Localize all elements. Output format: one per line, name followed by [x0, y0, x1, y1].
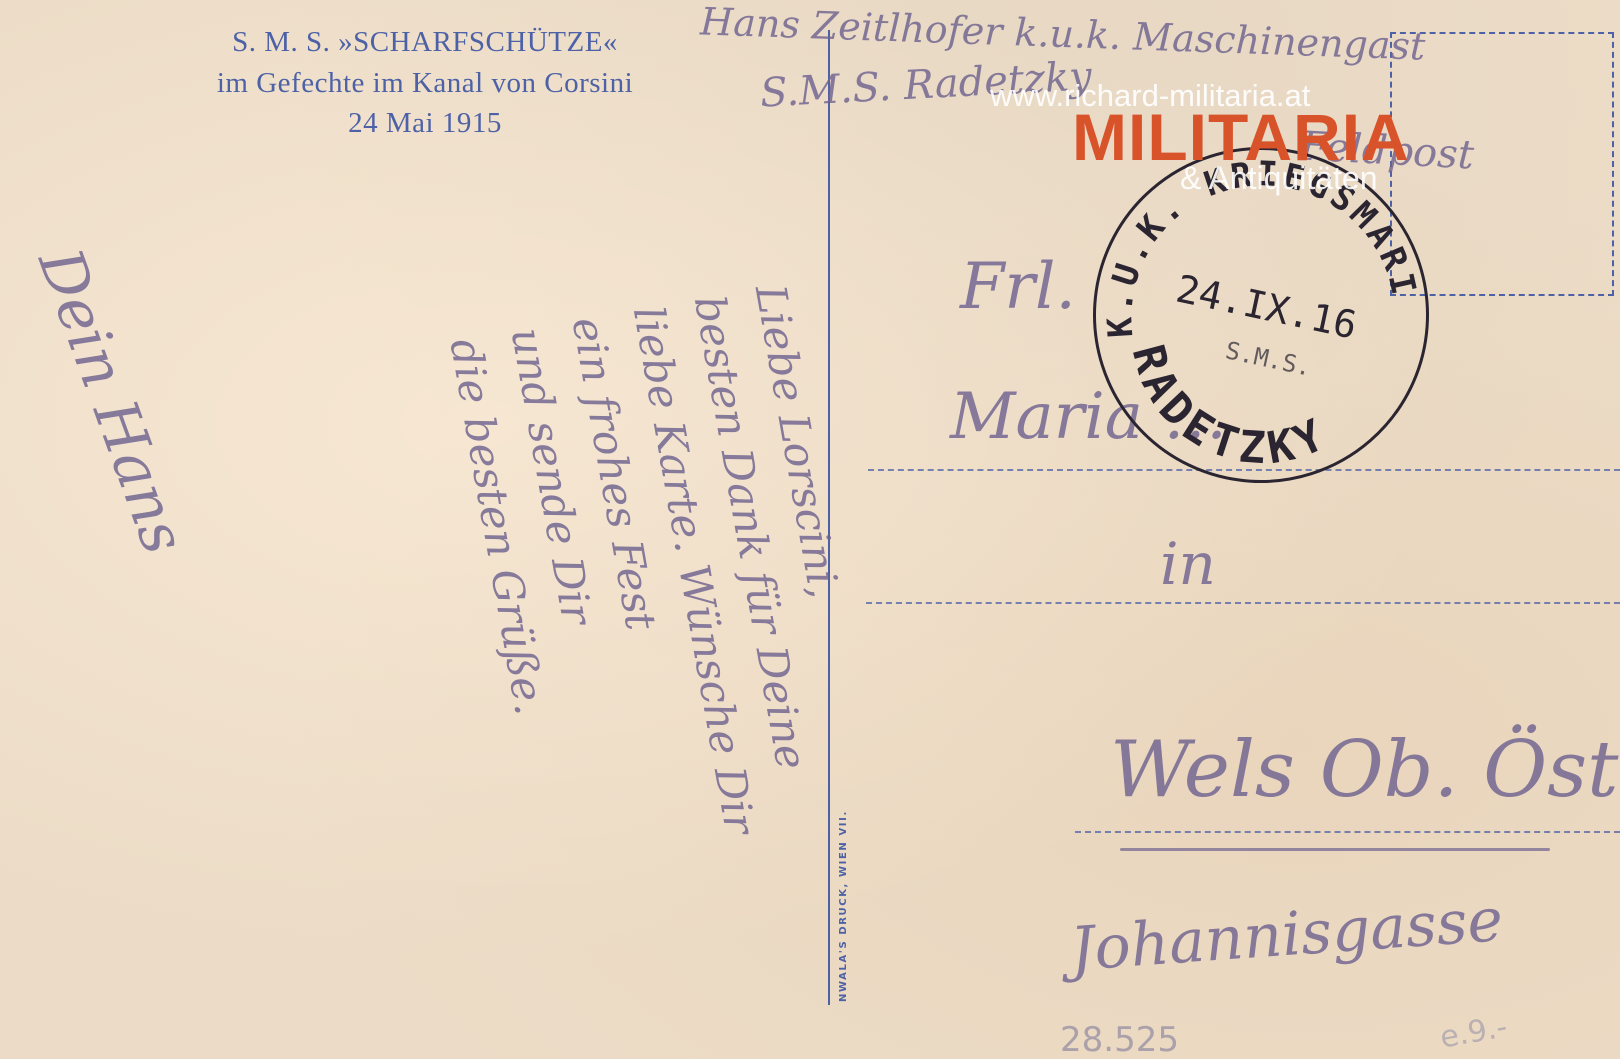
pencil-note-right: e.9.-	[1437, 1009, 1510, 1055]
address-preposition: in	[1160, 530, 1216, 598]
address-line-3	[1075, 831, 1620, 833]
address-city: Wels Ob. Öst.	[1110, 725, 1620, 815]
pencil-note-left: 28.525	[1060, 1020, 1179, 1059]
printed-caption: S. M. S. »SCHARFSCHÜTZE« im Gefechte im …	[120, 22, 730, 142]
caption-date: 24 Mai 1915	[120, 104, 730, 142]
address-street: Johannisgasse	[1068, 885, 1505, 985]
address-line-2	[866, 602, 1620, 604]
caption-ship-name: S. M. S. »SCHARFSCHÜTZE«	[120, 22, 730, 62]
city-underline	[1120, 848, 1550, 851]
watermark-subtitle: & Antiquitäten	[1180, 160, 1377, 197]
message-signature: Dein Hans	[24, 240, 199, 563]
message-block: Liebe Lorscini, besten Dank für Deine li…	[434, 280, 893, 871]
caption-battle: im Gefechte im Kanal von Corsini	[120, 62, 730, 104]
address-salutation: Frl.	[960, 250, 1076, 324]
